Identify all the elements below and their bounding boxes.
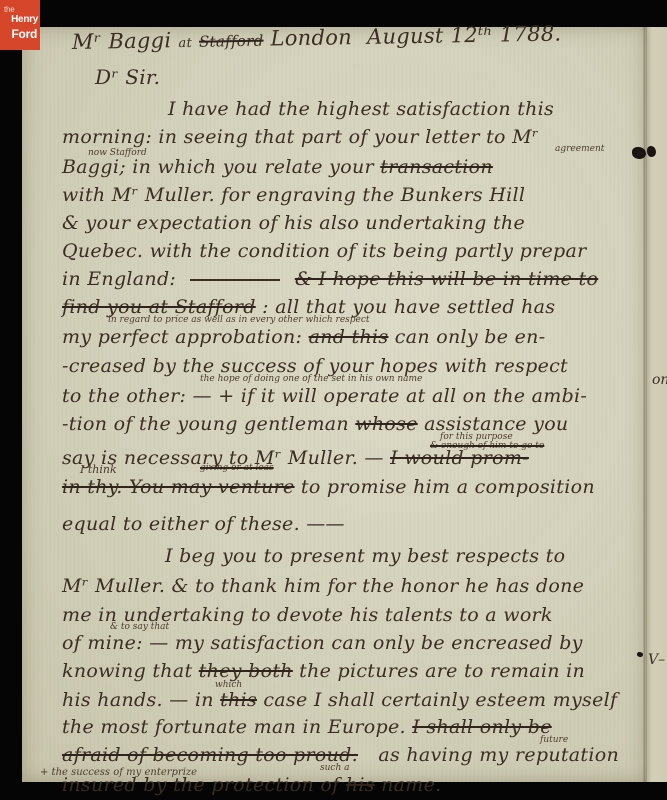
logo-ford: Ford [12,28,37,40]
struck-text: afraid of becoming too proud. [62,744,358,766]
body-line: I have had the highest satisfaction this [168,98,554,120]
body-line: insured by the protection of his name. [62,774,441,796]
struck-text: this [220,689,257,711]
interlinear-note: & to say that [110,622,169,632]
struck-text: they both [199,660,293,682]
struck-text: I would prom- [390,447,529,469]
body-line: with Mʳ Muller. for engraving the Bunker… [62,184,525,206]
body-line: my perfect approbation: and this can onl… [62,326,545,348]
body-line: I beg you to present my best respects to [165,545,565,567]
letter-text: Mʳ Baggi at Stafford London August 12ᵗʰ … [0,0,667,800]
letter-date: August 12ᵗʰ 1788. [367,21,562,48]
struck-text: his [346,774,375,796]
body-line: in thy. You may venture to promise him a… [62,476,595,498]
interlinear-note: in regard to price as well as in every o… [108,315,370,325]
struck-text: transaction [380,156,493,178]
henry-ford-logo: the Henry Ford [0,0,40,50]
struck-text: whose [355,413,417,435]
salutation: Dʳ Sir. [95,65,160,89]
struck-interlinear: giving or at leas [200,463,274,473]
interlinear-note: the hope of doing one of the set in his … [200,374,422,384]
body-line: in England: & I hope this will be in tim… [62,268,598,290]
letter-header: Mʳ Baggi at Stafford London August 12ᵗʰ … [72,21,562,54]
body-line: Mʳ Muller. & to thank him for the honor … [62,575,584,597]
struck-text: and this [309,326,389,348]
interlinear-note: I think [80,463,117,476]
body-line: Quebec. with the condition of its being … [62,240,587,262]
body-line: morning: in seeing that part of your let… [62,126,539,148]
interlinear-note: agreement [555,144,604,154]
interlinear-note: such a [320,763,349,773]
adjacent-page-fragment: V– [648,652,665,668]
body-line: Baggi; in which you relate your transact… [62,156,493,178]
struck-text: & I hope this will be in time to [295,268,598,290]
at-word: at [178,36,192,51]
body-line: the most fortunate man in Europe. I shal… [62,716,552,738]
addressee: Mʳ Baggi [72,28,172,54]
logo-henry: Henry [11,15,38,25]
body-line: say is necessary to Mʳ Muller. — I would… [62,447,529,469]
struck-text: in thy. You may venture [62,476,295,498]
body-line: & your expectation of his also undertaki… [62,212,525,234]
dash [190,279,280,281]
logo-the: the [4,6,15,14]
city: London [270,25,352,50]
body-line: his hands. — in this case I shall certai… [62,689,617,711]
body-line: of mine: — my satisfaction can only be e… [62,632,583,654]
adjacent-page-fragment: on [652,372,667,388]
body-line: knowing that they both the pictures are … [62,660,585,682]
struck-place: Stafford [199,32,264,51]
body-line: equal to either of these. —— [62,513,345,535]
struck-text: I shall only be [412,716,552,738]
body-line: to the other: — + if it will operate at … [62,385,587,407]
